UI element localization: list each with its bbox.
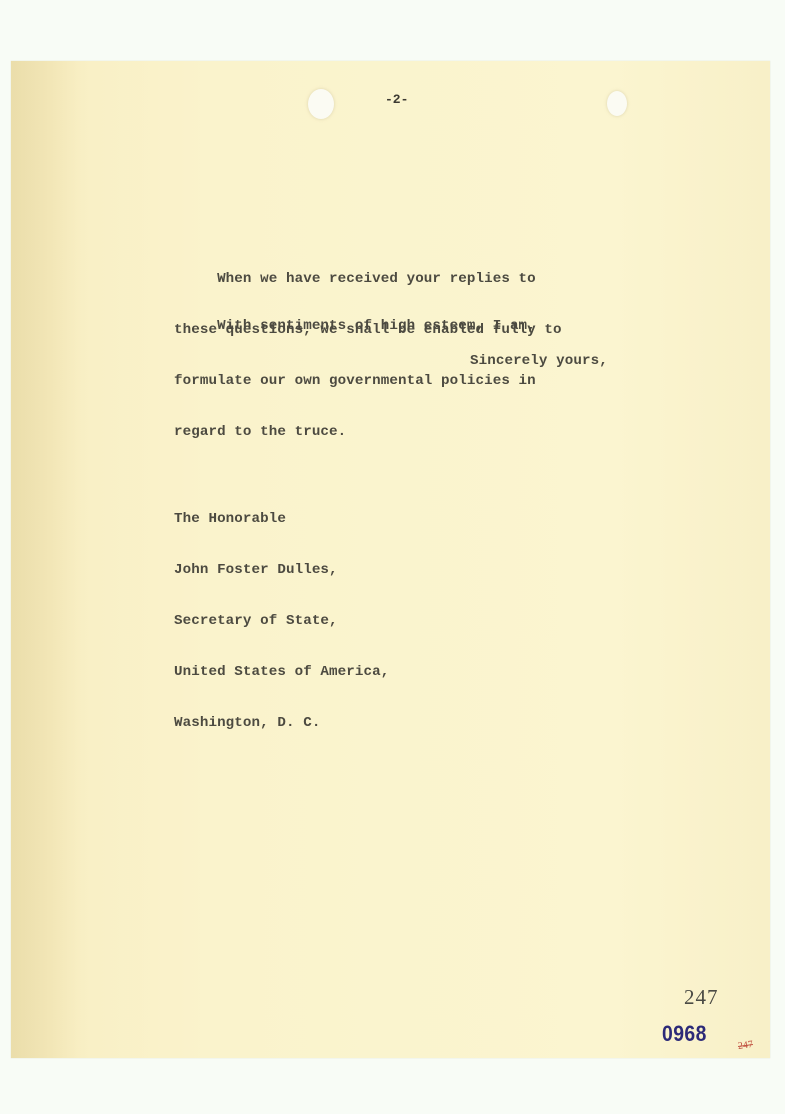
document-page (11, 61, 770, 1058)
frame-number-stamp: 0968 (662, 1021, 707, 1047)
recipient-address: The Honorable John Foster Dulles, Secret… (174, 477, 389, 749)
paragraph-line: When we have received your replies to (174, 271, 562, 288)
paragraph-line: regard to the truce. (174, 424, 562, 441)
address-line: Secretary of State, (174, 613, 389, 630)
punch-hole-left (308, 89, 334, 119)
address-line: United States of America, (174, 664, 389, 681)
address-line: The Honorable (174, 511, 389, 528)
closing-salutation: Sincerely yours, (470, 353, 608, 370)
address-line: Washington, D. C. (174, 715, 389, 732)
body-paragraph-1: When we have received your replies to th… (174, 237, 562, 458)
archive-number-stamp: 247 (684, 985, 719, 1010)
page-number: -2- (385, 92, 408, 107)
crossed-out-mark: 247 (737, 1039, 753, 1052)
address-line: John Foster Dulles, (174, 562, 389, 579)
body-paragraph-2: With sentiments of high esteem, I am, (174, 318, 536, 335)
paragraph-line: formulate our own governmental policies … (174, 373, 562, 390)
punch-hole-right (607, 91, 627, 116)
